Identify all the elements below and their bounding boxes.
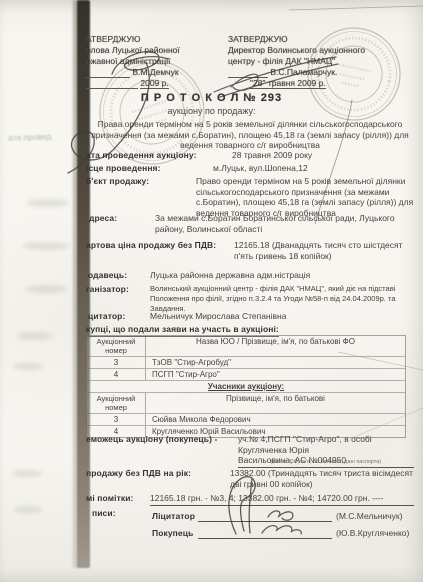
bleedthrough-smudge	[13, 363, 43, 370]
field-value-object: Право оренди терміном на 5 років земельн…	[196, 176, 414, 218]
bleedthrough-smudge	[26, 199, 70, 207]
subject-paragraph: Права оренди терміном на 5 років земельн…	[84, 119, 416, 151]
field-value-organizer: Волинський аукціонний центр - філія ДАК …	[150, 284, 416, 314]
field-value-auctioneer: Мельничук Мирослава Степанівна	[150, 311, 286, 322]
field-label-auctioneer: цитатор:	[88, 311, 125, 322]
winner-label: еможець аукціону (покупець) -	[86, 434, 234, 445]
approve-right-date-row: "28" травня 2009 р.	[228, 78, 408, 89]
licitator-role: Ліцитатор	[152, 511, 195, 522]
approve-left-title: АТВЕРДЖУЮ	[86, 34, 218, 45]
approve-right-sign-row: В.С.Паламарчук.	[228, 67, 408, 78]
buyer-name: (Ю.В.Кругляченко)	[336, 528, 409, 539]
approve-right-title: ЗАТВЕРДЖУЮ	[228, 34, 408, 45]
field-value-auction-date: 28 травня 2009 року	[232, 150, 312, 161]
applicants-table: Аукціонний номер Назва ЮО / Прізвище, ім…	[86, 335, 406, 438]
licitator-name: (М.С.Мельничук)	[336, 511, 402, 522]
scanned-protocol-page: ата провед АТВЕРДЖУЮ олова Луцької район…	[0, 0, 423, 582]
price-marks-value: 12165.18 грн. - №3, 4; 13382.00 грн. - №…	[150, 493, 414, 506]
bleedthrough-smudge	[16, 332, 52, 340]
field-value-venue: м.Луцьк, вул.Шопена,12	[213, 163, 308, 174]
bleedthrough-smudge	[25, 285, 67, 293]
field-label-address: дреса:	[89, 213, 117, 224]
cell-name: ПСГП "Стир-Агро"	[146, 369, 405, 380]
signature-line	[228, 68, 268, 78]
col-header-auction-number: Аукціонний номер	[87, 393, 146, 413]
protocol-subtitle: аукціону по продажу:	[0, 106, 423, 116]
field-label-organizer: ганізатор:	[86, 284, 129, 295]
protocol-title: П Р О Т О К О Л № 293	[0, 92, 423, 104]
cell-name: Сюйва Микола Федорович	[146, 414, 405, 425]
approve-right-name: В.С.Паламарчук.	[270, 67, 337, 77]
sale-price-label: продажу без ПДВ на рік:	[86, 468, 191, 479]
cell-number: 4	[87, 369, 146, 380]
table-row: 4 ПСГП "Стир-Агро"	[87, 368, 405, 380]
field-label-venue: ісце проведення:	[86, 163, 161, 174]
bleedthrough-smudge	[12, 470, 42, 477]
participants-title-row: Учасники аукціону:	[87, 380, 405, 392]
signature-line	[86, 68, 130, 78]
table-header-row: Аукціонний номер Назва ЮО / Прізвище, ім…	[87, 336, 405, 356]
field-label-object: б'єкт продажу:	[86, 176, 149, 187]
field-value-seller: Луцька районна державна адм.ністрація	[150, 270, 310, 281]
table-header-row: Аукціонний номер Прізвище, ім'я, по бать…	[87, 392, 405, 413]
approve-left-line2: олова Луцької районної	[86, 45, 218, 56]
buyer-role: Покупець	[152, 528, 193, 539]
table-row: 3 Сюйва Микола Федорович	[87, 413, 405, 425]
participants-title: Учасники аукціону:	[87, 381, 405, 392]
bleedthrough-smudge	[14, 506, 42, 513]
signatures-label: писи:	[92, 508, 116, 519]
signature-buyer	[262, 526, 301, 534]
approval-block-left: АТВЕРДЖУЮ олова Луцької районної ржавної…	[86, 34, 218, 89]
sale-price-value: 13382.00 (Тринадцять тисяч триста вісімд…	[230, 468, 414, 489]
approve-left-line3: ржавної адміністрації	[86, 56, 218, 67]
cell-number: 3	[87, 357, 146, 368]
col-header-name: Назва ЮО / Прізвище, ім'я, по батькові Ф…	[146, 336, 405, 356]
approve-right-line2: Директор Волинського аукціонного	[228, 45, 408, 56]
field-value-address: За межами с.Боратин Боратинської сільськ…	[155, 213, 407, 234]
price-marks-label: мі помітки:	[86, 493, 133, 504]
approve-left-name: В.М.Демчук	[132, 67, 178, 77]
buyer-signature-line	[198, 537, 332, 539]
field-label-auction-date: ата проведення аукціону:	[86, 150, 197, 161]
field-label-seller: одавець:	[88, 270, 127, 281]
date-line	[86, 79, 138, 89]
table-row: 3 ТзОВ "Стир-Агробуд"	[87, 356, 405, 368]
approve-left-sign-row: В.М.Демчук	[86, 67, 218, 78]
approve-right-date: "28" травня 2009 р.	[250, 78, 326, 89]
col-header-person: Прізвище, ім'я, по батькові	[146, 393, 405, 413]
approve-left-date: 2009 р.	[140, 78, 168, 89]
crease-line	[289, 6, 423, 10]
cell-number: 3	[87, 414, 146, 425]
bleedthrough-ghost-text: ата провед	[8, 131, 52, 143]
licitator-signature-line	[198, 520, 332, 522]
approve-left-date-row: 2009 р.	[86, 78, 218, 89]
field-label-start-price: артова ціна продажу без ПДВ:	[86, 240, 232, 251]
winner-caption: (назва ЮО, ім'я, по батькові, дані паспо…	[238, 459, 414, 465]
winner-value-line1: уч.№ 4,ПСГП "Стир-Агро", в особі Кругляч…	[238, 434, 414, 455]
cell-name: ТзОВ "Стир-Агробуд"	[146, 357, 405, 368]
approval-block-right: ЗАТВЕРДЖУЮ Директор Волинського аукціонн…	[228, 34, 408, 89]
bleedthrough-smudge	[22, 242, 70, 250]
col-header-auction-number: Аукціонний номер	[87, 336, 146, 356]
field-value-start-price: 12165.18 (Дванадцять тисяч сто шістдесят…	[234, 240, 410, 261]
approve-right-line3: центру - філія ДАК "НМАЦ"	[228, 56, 408, 67]
